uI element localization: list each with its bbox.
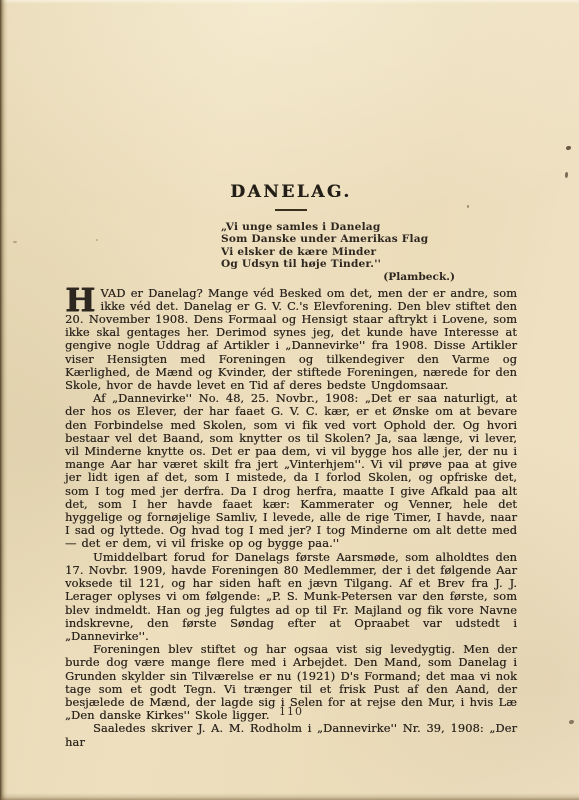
- binding-edge-shadow: [0, 0, 8, 800]
- epigraph-line: „Vi unge samles i Danelag: [221, 221, 517, 233]
- book-page: DANELAG. „Vi unge samles i Danelag Som D…: [0, 0, 579, 800]
- paragraph-opening: HVAD er Danelag? Mange véd Besked om det…: [65, 287, 517, 393]
- paragraph: Umiddelbart forud for Danelags første Aa…: [65, 551, 517, 643]
- paper-speck: [566, 146, 571, 150]
- epigraph-line: Som Danske under Amerikas Flag: [221, 233, 517, 245]
- text-block: DANELAG. „Vi unge samles i Danelag Som D…: [65, 0, 517, 800]
- paragraph: Saaledes skriver J. A. M. Rodholm i „Dan…: [65, 722, 517, 748]
- epigraph: „Vi unge samles i Danelag Som Danske und…: [221, 221, 517, 271]
- paper-speck: [569, 720, 574, 724]
- epigraph-attribution: (Plambeck.): [65, 272, 517, 283]
- paper-speck: [13, 241, 17, 243]
- paragraph-text: VAD er Danelag? Mange véd Besked om det,…: [65, 286, 517, 392]
- paragraph: Af „Dannevirke'' No. 48, 25. Novbr., 190…: [65, 392, 517, 550]
- page-number: 110: [65, 705, 517, 718]
- page-title: DANELAG.: [65, 182, 517, 202]
- epigraph-line: Vi elsker de kære Minder: [221, 246, 517, 258]
- paper-speck: [565, 172, 568, 178]
- title-rule: [275, 209, 307, 211]
- drop-cap-letter: H: [65, 288, 95, 313]
- epigraph-line: Og Udsyn til høje Tinder.'': [221, 258, 517, 270]
